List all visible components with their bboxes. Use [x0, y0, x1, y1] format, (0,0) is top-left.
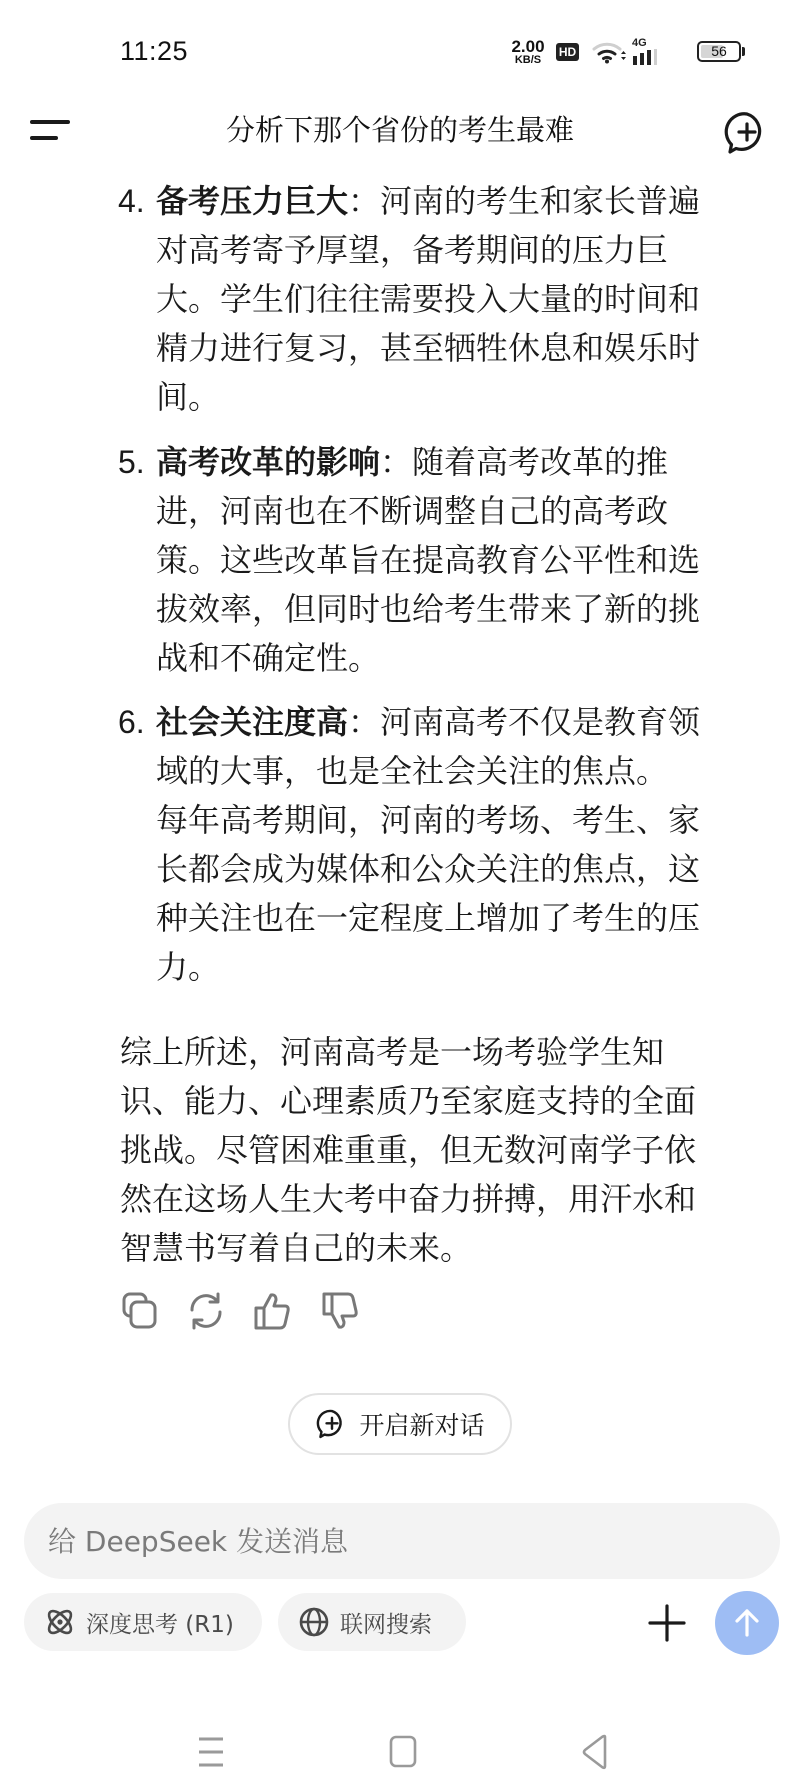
deep-think-label: 深度思考 (R1): [86, 1606, 234, 1639]
new-chat-button[interactable]: 开启新对话: [288, 1393, 512, 1455]
new-chat-icon: [315, 1407, 349, 1441]
separator: ：: [348, 703, 380, 741]
list-number: 6.: [118, 698, 154, 747]
summary-paragraph: 综上所述，河南高考是一场考验学生知识、能力、心理素质乃至家庭支持的全面挑战。尽管…: [120, 1028, 738, 1273]
text-line: 河南的考生和家长普遍: [380, 182, 700, 220]
new-chat-label: 开启新对话: [359, 1406, 484, 1442]
thumbs-down-button[interactable]: [320, 1290, 360, 1332]
message-actions: [120, 1290, 420, 1334]
text-line: 然在这场人生大考中奋力拼搏，用汗水和: [120, 1180, 696, 1218]
list-item-heading: 社会关注度高: [156, 703, 348, 741]
text-line: 智慧书写着自己的未来。: [120, 1229, 472, 1267]
text-line: 大。学生们往往需要投入大量的时间和: [156, 280, 700, 318]
thumbs-down-icon: [320, 1290, 360, 1332]
hd-badge: HD: [556, 43, 579, 61]
deep-think-toggle[interactable]: 深度思考 (R1): [24, 1593, 262, 1651]
home-button[interactable]: [388, 1734, 418, 1776]
regenerate-icon: [186, 1290, 226, 1332]
text-line: 域的大事，也是全社会关注的焦点。: [156, 752, 668, 790]
send-button[interactable]: [715, 1591, 779, 1655]
text-line: 种关注也在一定程度上增加了考生的压: [156, 899, 700, 937]
regenerate-button[interactable]: [186, 1290, 226, 1332]
thumbs-up-icon: [252, 1290, 292, 1332]
web-search-toggle[interactable]: 联网搜索: [278, 1593, 466, 1651]
text-line: 长都会成为媒体和公众关注的焦点，这: [156, 850, 700, 888]
list-item-body: 社会关注度高：河南高考不仅是教育领域的大事，也是全社会关注的焦点。每年高考期间，…: [156, 698, 738, 992]
back-icon: [580, 1734, 610, 1776]
system-nav-bar: [0, 1700, 800, 1778]
separator: ：: [348, 182, 380, 220]
page-title: 分析下那个省份的考生最难: [0, 110, 800, 150]
home-icon: [388, 1734, 418, 1776]
network-type: 4G: [632, 37, 647, 49]
text-line: 策。这些改革旨在提高教育公平性和选: [156, 541, 700, 579]
network-speed-value: 2.00: [508, 38, 548, 55]
arrow-up-icon: [730, 1606, 764, 1640]
text-line: 间。: [156, 378, 220, 416]
text-line: 战和不确定性。: [156, 639, 380, 677]
network-speed-unit: KB/S: [508, 55, 548, 66]
attach-button[interactable]: [644, 1600, 690, 1646]
text-line: 河南高考不仅是教育领: [380, 703, 700, 741]
web-search-label: 联网搜索: [340, 1606, 432, 1639]
list-item-body: 备考压力巨大：河南的考生和家长普遍对高考寄予厚望，备考期间的压力巨大。学生们往往…: [156, 177, 738, 422]
text-line: 进，河南也在不断调整自己的高考政: [156, 492, 668, 530]
list-item-5: 5. 高考改革的影响：随着高考改革的推进，河南也在不断调整自己的高考政策。这些改…: [118, 438, 738, 683]
list-item-heading: 高考改革的影响: [156, 443, 380, 481]
text-line: 对高考寄予厚望，备考期间的压力巨: [156, 231, 668, 269]
status-time: 11:25: [120, 36, 188, 67]
copy-button[interactable]: [120, 1290, 160, 1332]
text-line: 随着高考改革的推: [412, 443, 668, 481]
list-item-6: 6. 社会关注度高：河南高考不仅是教育领域的大事，也是全社会关注的焦点。每年高考…: [118, 698, 738, 992]
list-number: 4.: [118, 177, 154, 226]
thumbs-up-button[interactable]: [252, 1290, 292, 1332]
atom-icon: [44, 1606, 76, 1638]
separator: ：: [380, 443, 412, 481]
list-item-heading: 备考压力巨大: [156, 182, 348, 220]
text-line: 力。: [156, 948, 220, 986]
text-line: 每年高考期间，河南的考场、考生、家: [156, 801, 700, 839]
copy-icon: [120, 1290, 160, 1332]
globe-icon: [298, 1606, 330, 1638]
plus-icon: [644, 1600, 690, 1646]
back-button[interactable]: [580, 1734, 610, 1776]
text-line: 精力进行复习，甚至牺牲休息和娱乐时: [156, 329, 700, 367]
new-chat-icon: [722, 108, 772, 158]
message-input[interactable]: [24, 1503, 780, 1579]
text-line: 识、能力、心理素质乃至家庭支持的全面: [120, 1082, 696, 1120]
new-chat-header-button[interactable]: [722, 108, 772, 158]
wifi-icon: [592, 40, 626, 64]
battery-level: 56: [699, 43, 739, 60]
text-line: 综上所述，河南高考是一场考验学生知: [120, 1033, 664, 1071]
text-line: 拔效率，但同时也给考生带来了新的挑: [156, 590, 700, 628]
battery-tip: [742, 47, 745, 56]
network-speed: 2.00 KB/S: [508, 38, 548, 66]
text-line: 挑战。尽管困难重重，但无数河南学子依: [120, 1131, 696, 1169]
list-number: 5.: [118, 438, 154, 487]
recent-apps-icon: [196, 1734, 226, 1776]
list-item-4: 4. 备考压力巨大：河南的考生和家长普遍对高考寄予厚望，备考期间的压力巨大。学生…: [118, 177, 738, 422]
recent-apps-button[interactable]: [196, 1734, 226, 1776]
list-item-body: 高考改革的影响：随着高考改革的推进，河南也在不断调整自己的高考政策。这些改革旨在…: [156, 438, 738, 683]
battery-icon: 56: [697, 41, 741, 62]
